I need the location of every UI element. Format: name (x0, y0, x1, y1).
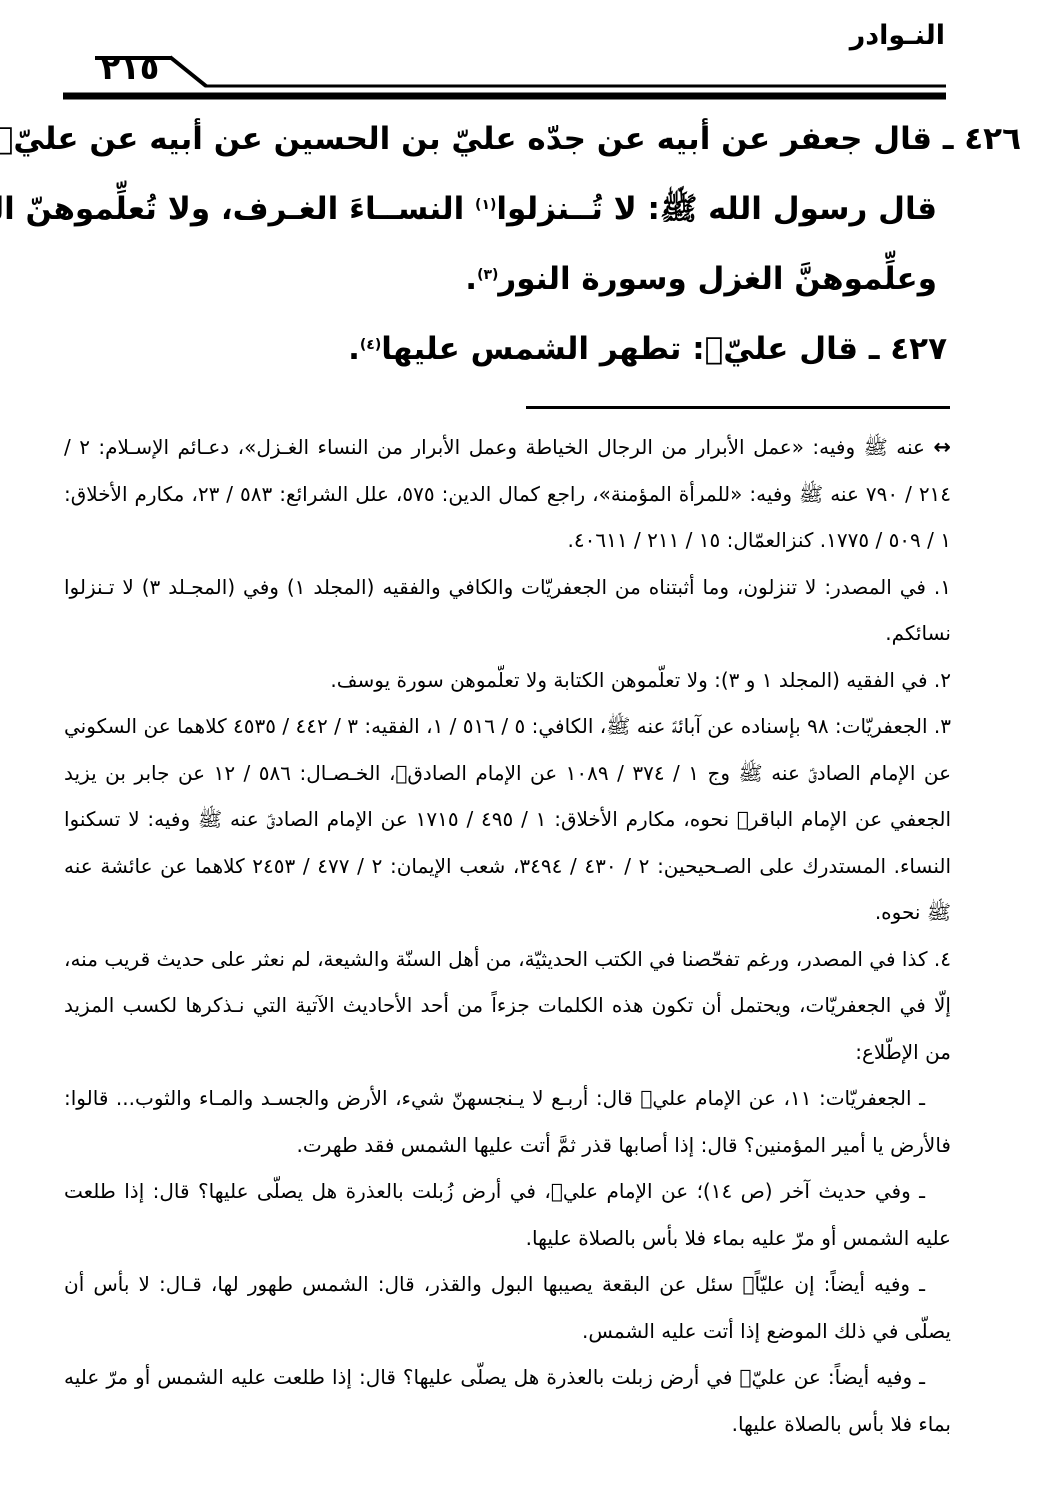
hadith-426-line2-text-a: قال رسول الله ﷺ: لا تُــنزلوا (496, 191, 937, 227)
hadith-426-line3-text-b: . (465, 261, 477, 297)
footnote-4-item-3: ـ وفيه أيضاً: إن عليّاًؑ سئل عن البقعة ي… (64, 1261, 951, 1354)
page-container: النـوادر ٢١٥ ٤٢٦ ـ قال جعفر عن أبيه عن ج… (0, 0, 1041, 1490)
hadith-426-line2: قال رسول الله ﷺ: لا تُــنزلوا(١) النســا… (0, 188, 937, 231)
footnote-separator-rule (526, 406, 950, 409)
footnote-continuation: ↔ عنه ﷺ وفيه: «عمل الأبرار من الرجال الخ… (64, 424, 951, 564)
footnote-ref-4: (٤) (360, 337, 381, 353)
footnote-4: ٤. كذا في المصدر، ورغم تفحّصنا في الكتب … (64, 936, 951, 1076)
hadith-426-line3-text-a: وعلِّموهنَّ الغزل وسورة النور (498, 261, 937, 297)
hadith-427-line: ٤٢٧ ـ قال عليّؑ: تطهر الشمس عليها(٤). (348, 328, 947, 371)
footnote-ref-3: (٣) (477, 267, 498, 283)
footnote-3: ٣. الجعفريّات: ٩٨ بإسناده عن آبائهؑ عنه … (64, 703, 951, 936)
footnote-ref-1: (١) (475, 197, 496, 213)
footnote-2: ٢. في الفقيه (المجلد ١ و ٣): ولا تعلّموه… (64, 657, 951, 704)
footnote-continuation-text: عنه ﷺ وفيه: «عمل الأبرار من الرجال الخيا… (64, 435, 951, 552)
hadith-427-text-a: ٤٢٧ ـ قال عليّؑ: تطهر الشمس عليها (381, 331, 947, 367)
page-number: ٢١٥ (94, 52, 166, 84)
footnote-4-item-4: ـ وفيه أيضاً: عن عليّؑ في أرض زبلت بالعذ… (64, 1354, 951, 1447)
footnote-4-item-1: ـ الجعفريّات: ١١، عن الإمام عليؑ قال: أر… (64, 1075, 951, 1168)
hadith-426-line2-text-b: النســاءَ الغـرف، ولا تُعلِّموهنّ الكـتا… (0, 191, 475, 227)
footnote-4-item-2: ـ وفي حديث آخر (ص ١٤)؛ عن الإمام عليؑ، ف… (64, 1168, 951, 1261)
continuation-marker-icon: ↔ (933, 435, 951, 459)
footnote-1: ١. في المصدر: لا تنزلون، وما أثبتناه من … (64, 564, 951, 657)
hadith-426-line1: ٤٢٦ ـ قال جعفر عن أبيه عن جدّه عليّ بن ا… (0, 118, 1021, 161)
footnotes-section: ↔ عنه ﷺ وفيه: «عمل الأبرار من الرجال الخ… (64, 424, 951, 1447)
hadith-427-text-b: . (348, 331, 360, 367)
hadith-426-line3: وعلِّموهنَّ الغزل وسورة النور(٣). (465, 258, 937, 301)
header-tab-diagonal-line (170, 57, 206, 86)
